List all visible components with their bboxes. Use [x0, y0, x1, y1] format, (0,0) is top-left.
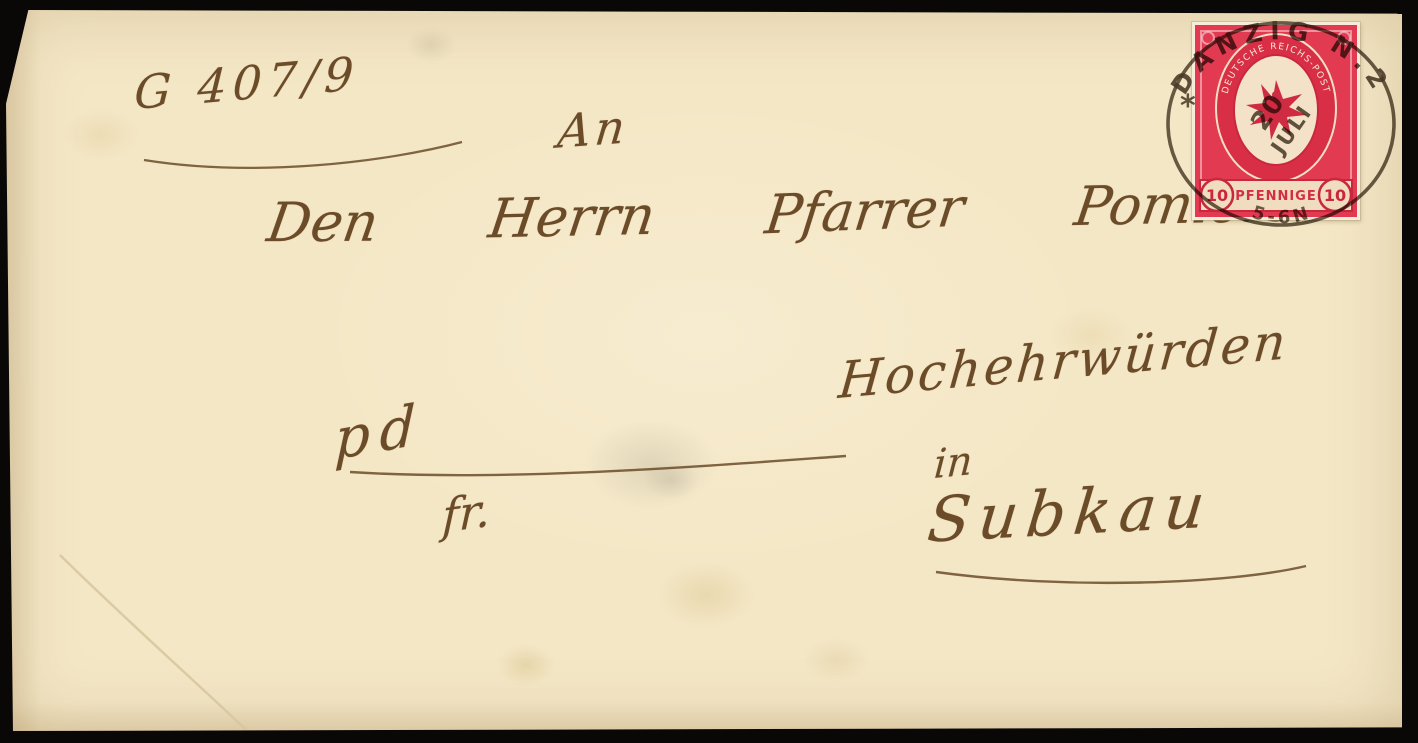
franco-notation: fr.: [441, 482, 491, 544]
address-line: Den Herrn Pfarrer Pomierski: [264, 169, 1350, 255]
postage-stamp: DEUTSCHE REICHS-POST 10 10 PFENNIGE: [1192, 22, 1360, 220]
honorific: Hochehrwürden: [836, 312, 1291, 410]
stamp-art: DEUTSCHE REICHS-POST 10 10 PFENNIGE: [1192, 22, 1360, 220]
docket-number: G 407/9: [133, 46, 361, 120]
photo-frame: G 407/9 An Den Herrn Pfarrer Pomierski H…: [0, 0, 1418, 743]
stamp-currency-text: PFENNIGE: [1235, 189, 1316, 204]
destination-town: Subkau: [924, 468, 1216, 556]
destination-underline: [936, 566, 1306, 583]
docket-underline: [144, 142, 462, 168]
fold-line: [60, 555, 258, 731]
address-word: Pfarrer: [762, 176, 968, 247]
salutation: An: [555, 99, 631, 158]
address-word: Herrn: [485, 184, 659, 251]
address-word: Den: [263, 191, 382, 255]
paraph-flourish: [350, 456, 846, 475]
stamp-denomination-right: 10: [1324, 186, 1346, 205]
envelope: G 407/9 An Den Herrn Pfarrer Pomierski H…: [6, 10, 1402, 731]
paraph-notation: pd: [334, 391, 427, 473]
stamp-denomination-left: 10: [1206, 186, 1228, 205]
